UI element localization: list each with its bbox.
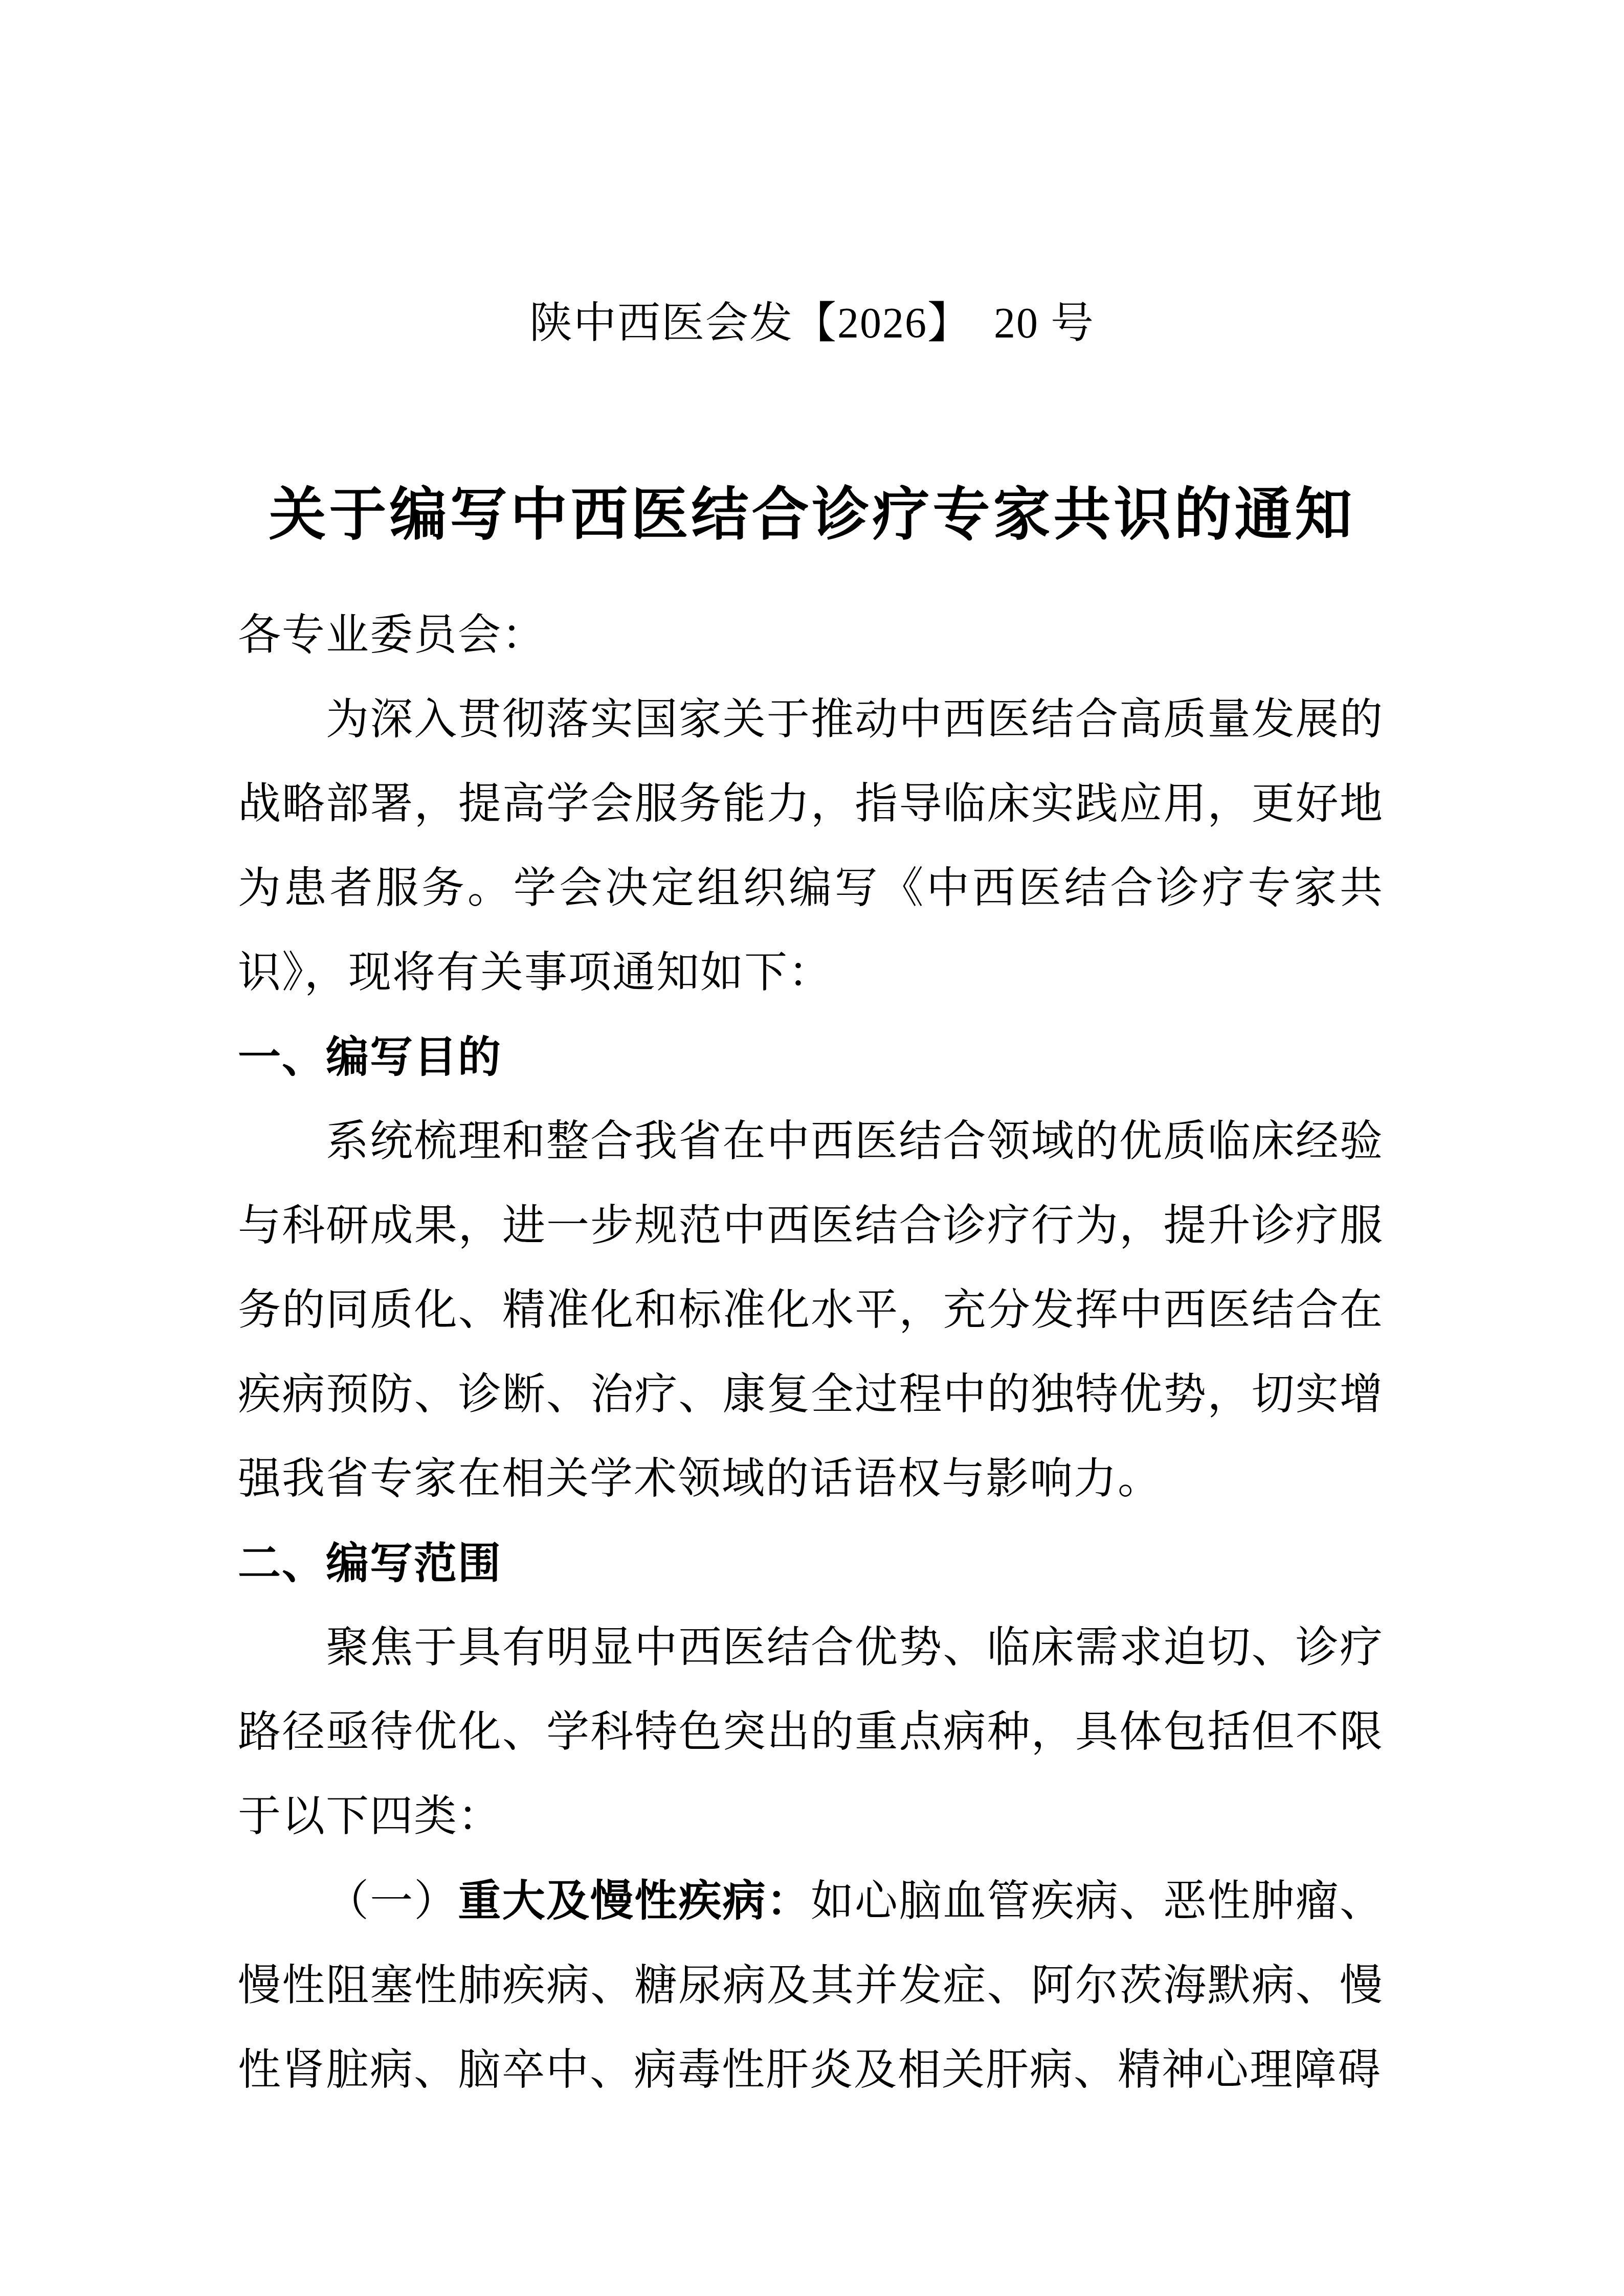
section-2-item-1: （一）重大及慢性疾病：如心脑血管疾病、恶性肿瘤、慢性阻塞性肺疾病、糖尿病及其并发… (238, 1859, 1384, 2112)
item-1-term: 重大及慢性疾病： (458, 1877, 811, 1925)
document-page: 陕中西医会发【2026】 20 号 关于编写中西医结合诊疗专家共识的通知 各专业… (0, 0, 1624, 2296)
section-2-body: 聚焦于具有明显中西医结合优势、临床需求迫切、诊疗路径亟待优化、学科特色突出的重点… (238, 1606, 1384, 1859)
doc-number: 陕中西医会发【2026】 20 号 (0, 286, 1624, 361)
paragraph-intro: 为深入贯彻落实国家关于推动中西医结合高质量发展的战略部署，提高学会服务能力，指导… (238, 678, 1384, 1015)
section-2-heading: 二、编写范围 (238, 1521, 1384, 1606)
salutation: 各专业委员会： (238, 593, 1384, 678)
doc-body: 各专业委员会： 为深入贯彻落实国家关于推动中西医结合高质量发展的战略部署，提高学… (238, 593, 1384, 2112)
doc-title: 关于编写中西医结合诊疗专家共识的通知 (0, 475, 1624, 555)
section-1-body: 系统梳理和整合我省在中西医结合领域的优质临床经验与科研成果，进一步规范中西医结合… (238, 1099, 1384, 1521)
section-1-heading: 一、编写目的 (238, 1015, 1384, 1099)
item-1-number: （一） (326, 1878, 458, 1925)
